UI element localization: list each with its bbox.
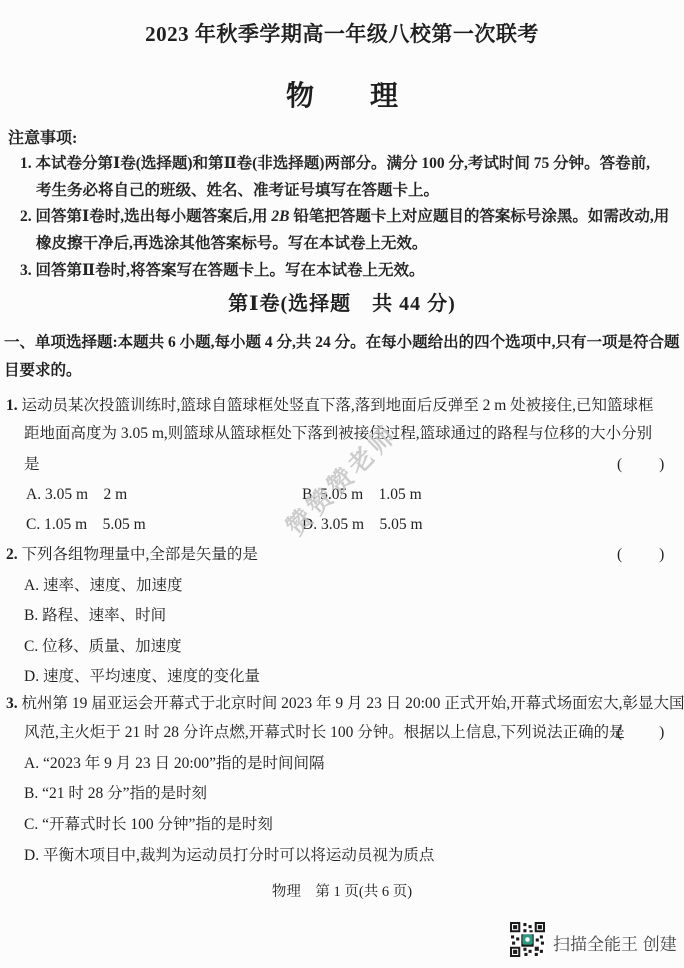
notice-item-2-line-1: 2. 回答第Ⅰ卷时,选出每小题答案后,用 2B 铅笔把答题卡上对应题目的答案标号… bbox=[20, 208, 669, 227]
question-2-option-a: A. 速率、速度、加速度 bbox=[24, 577, 182, 596]
question-2-text: 下列各组物理量中,全部是矢量的是 bbox=[22, 546, 258, 563]
question-3-answer-brackets: ( ) bbox=[617, 724, 666, 743]
page-footer: 物理 第 1 页(共 6 页) bbox=[0, 884, 684, 901]
question-2-option-c: C. 位移、质量、加速度 bbox=[24, 638, 182, 657]
camscanner-label: 扫描全能王 创建 bbox=[553, 930, 677, 955]
question-1-number: 1. bbox=[6, 397, 22, 414]
pencil-grade-2b: 2B bbox=[271, 208, 289, 225]
exam-title: 2023 年秋季学期高一年级八校第一次联考 bbox=[0, 22, 684, 47]
qr-code-icon bbox=[510, 922, 545, 957]
question-1-option-c: C. 1.05 m 5.05 m bbox=[26, 516, 146, 535]
question-1-line-2: 距地面高度为 3.05 m,则篮球从篮球框处下落到被接住过程,篮球通过的路程与位… bbox=[24, 425, 652, 444]
question-2-option-d: D. 速度、平均速度、速度的变化量 bbox=[24, 668, 260, 687]
subject-char-right: 理 bbox=[370, 74, 398, 114]
question-2-stem: 2. 下列各组物理量中,全部是矢量的是 bbox=[6, 546, 258, 565]
question-3-text: 杭州第 19 届亚运会开幕式于北京时间 2023 年 9 月 23 日 20:0… bbox=[22, 695, 684, 712]
notice-item-3-line-1: 3. 回答第Ⅱ卷时,将答案写在答题卡上。写在本试卷上无效。 bbox=[20, 262, 424, 281]
notice-item-1-line-2: 考生务必将自己的班级、姓名、准考证号填写在答题卡上。 bbox=[36, 182, 439, 201]
exam-paper-page: 2023 年秋季学期高一年级八校第一次联考 物 理 注意事项: 1. 本试卷分第… bbox=[0, 0, 684, 968]
question-3-line-1: 3. 杭州第 19 届亚运会开幕式于北京时间 2023 年 9 月 23 日 2… bbox=[6, 695, 684, 714]
question-3-option-c: C. “开幕式时长 100 分钟”指的是时刻 bbox=[24, 816, 273, 835]
question-2-option-b: B. 路程、速率、时间 bbox=[24, 607, 166, 626]
notice-item-1-line-1: 1. 本试卷分第Ⅰ卷(选择题)和第Ⅱ卷(非选择题)两部分。满分 100 分,考试… bbox=[20, 155, 650, 174]
question-2-number: 2. bbox=[6, 546, 22, 563]
question-3-line-2: 风范,主火炬于 21 时 28 分许点燃,开幕式时长 100 分钟。根据以上信息… bbox=[24, 724, 629, 743]
question-1-option-a: A. 3.05 m 2 m bbox=[26, 486, 127, 505]
question-1-line-3: 是 bbox=[24, 456, 40, 475]
question-1-line-1: 1. 运动员某次投篮训练时,篮球自篮球框处竖直下落,落到地面后反弹至 2 m 处… bbox=[6, 397, 654, 416]
question-1-text: 运动员某次投篮训练时,篮球自篮球框处竖直下落,落到地面后反弹至 2 m 处被接住… bbox=[22, 397, 654, 414]
part1-heading: 第Ⅰ卷(选择题 共 44 分) bbox=[0, 292, 684, 316]
question-3-number: 3. bbox=[6, 695, 22, 712]
question-3-option-d: D. 平衡木项目中,裁判为运动员打分时可以将运动员视为质点 bbox=[24, 847, 434, 866]
question-3-option-a: A. “2023 年 9 月 23 日 20:00”指的是时间间隔 bbox=[24, 755, 325, 774]
notice-heading: 注意事项: bbox=[8, 129, 77, 148]
question-1-answer-brackets: ( ) bbox=[617, 456, 666, 475]
question-2-answer-brackets: ( ) bbox=[617, 546, 666, 565]
notice-item-2-pre: 2. 回答第Ⅰ卷时,选出每小题答案后,用 bbox=[20, 208, 271, 225]
notice-item-2-line-2: 橡皮擦干净后,再选涂其他答案标号。写在本试卷上无效。 bbox=[36, 235, 427, 254]
notice-item-2-post: 铅笔把答题卡上对应题目的答案标号涂黑。如需改动,用 bbox=[289, 208, 669, 225]
section-intro-line-1: 一、单项选择题:本题共 6 小题,每小题 4 分,共 24 分。在每小题给出的四… bbox=[4, 334, 680, 353]
subject-char-left: 物 bbox=[286, 74, 314, 114]
section-intro-line-2: 目要求的。 bbox=[4, 362, 82, 381]
subject-title: 物 理 bbox=[0, 74, 684, 114]
question-3-option-b: B. “21 时 28 分”指的是时刻 bbox=[24, 785, 207, 804]
